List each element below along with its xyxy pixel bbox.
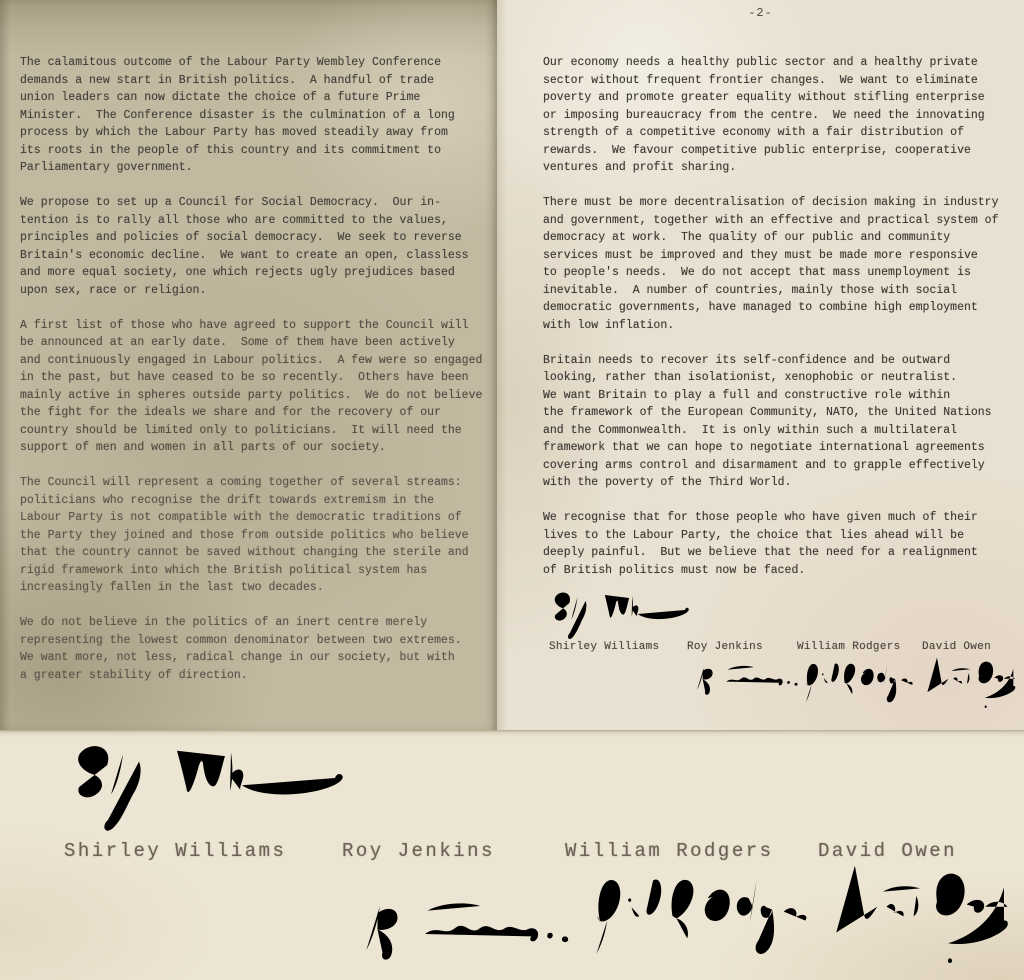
roy-jenkins-signature bbox=[350, 892, 575, 962]
william-rodgers-signature bbox=[795, 656, 917, 708]
page-1: The calamitous outcome of the Labour Par… bbox=[0, 0, 497, 730]
paragraph: Our economy needs a healthy public secto… bbox=[543, 54, 1024, 177]
page-number: -2- bbox=[497, 6, 1024, 20]
typed-name-roy-jenkins: Roy Jenkins bbox=[687, 641, 763, 653]
shirley-williams-signature bbox=[55, 738, 355, 838]
paragraph: We propose to set up a Council for Socia… bbox=[20, 194, 497, 299]
page-2: -2- Our economy needs a healthy public s… bbox=[497, 0, 1024, 730]
typed-name-william-rodgers: William Rodgers bbox=[797, 641, 901, 653]
page-2-body: Our economy needs a healthy public secto… bbox=[497, 0, 1024, 579]
typed-name-shirley-williams: Shirley Williams bbox=[549, 641, 659, 653]
typed-name-shirley-williams: Shirley Williams bbox=[64, 840, 286, 862]
paragraph: The Council will represent a coming toge… bbox=[20, 474, 497, 597]
paragraph: We do not believe in the politics of an … bbox=[20, 614, 497, 684]
david-owen-signature bbox=[915, 652, 1020, 710]
shirley-williams-signature bbox=[543, 588, 695, 643]
typed-name-roy-jenkins: Roy Jenkins bbox=[342, 840, 495, 862]
paragraph: A first list of those who have agreed to… bbox=[20, 317, 497, 457]
david-owen-signature bbox=[812, 855, 1017, 967]
paragraph: The calamitous outcome of the Labour Par… bbox=[20, 54, 497, 177]
typed-name-william-rodgers: William Rodgers bbox=[565, 840, 774, 862]
william-rodgers-signature bbox=[575, 865, 815, 965]
roy-jenkins-signature bbox=[689, 660, 801, 696]
paragraph: There must be more decentralisation of d… bbox=[543, 194, 1024, 334]
document-scan: The calamitous outcome of the Labour Par… bbox=[0, 0, 1024, 980]
paragraph: We recognise that for those people who h… bbox=[543, 509, 1024, 579]
page-1-body: The calamitous outcome of the Labour Par… bbox=[0, 0, 497, 684]
paragraph: Britain needs to recover its self-confid… bbox=[543, 352, 1024, 492]
signature-panel: Shirley Williams Roy Jenkins William Rod… bbox=[0, 730, 1024, 980]
